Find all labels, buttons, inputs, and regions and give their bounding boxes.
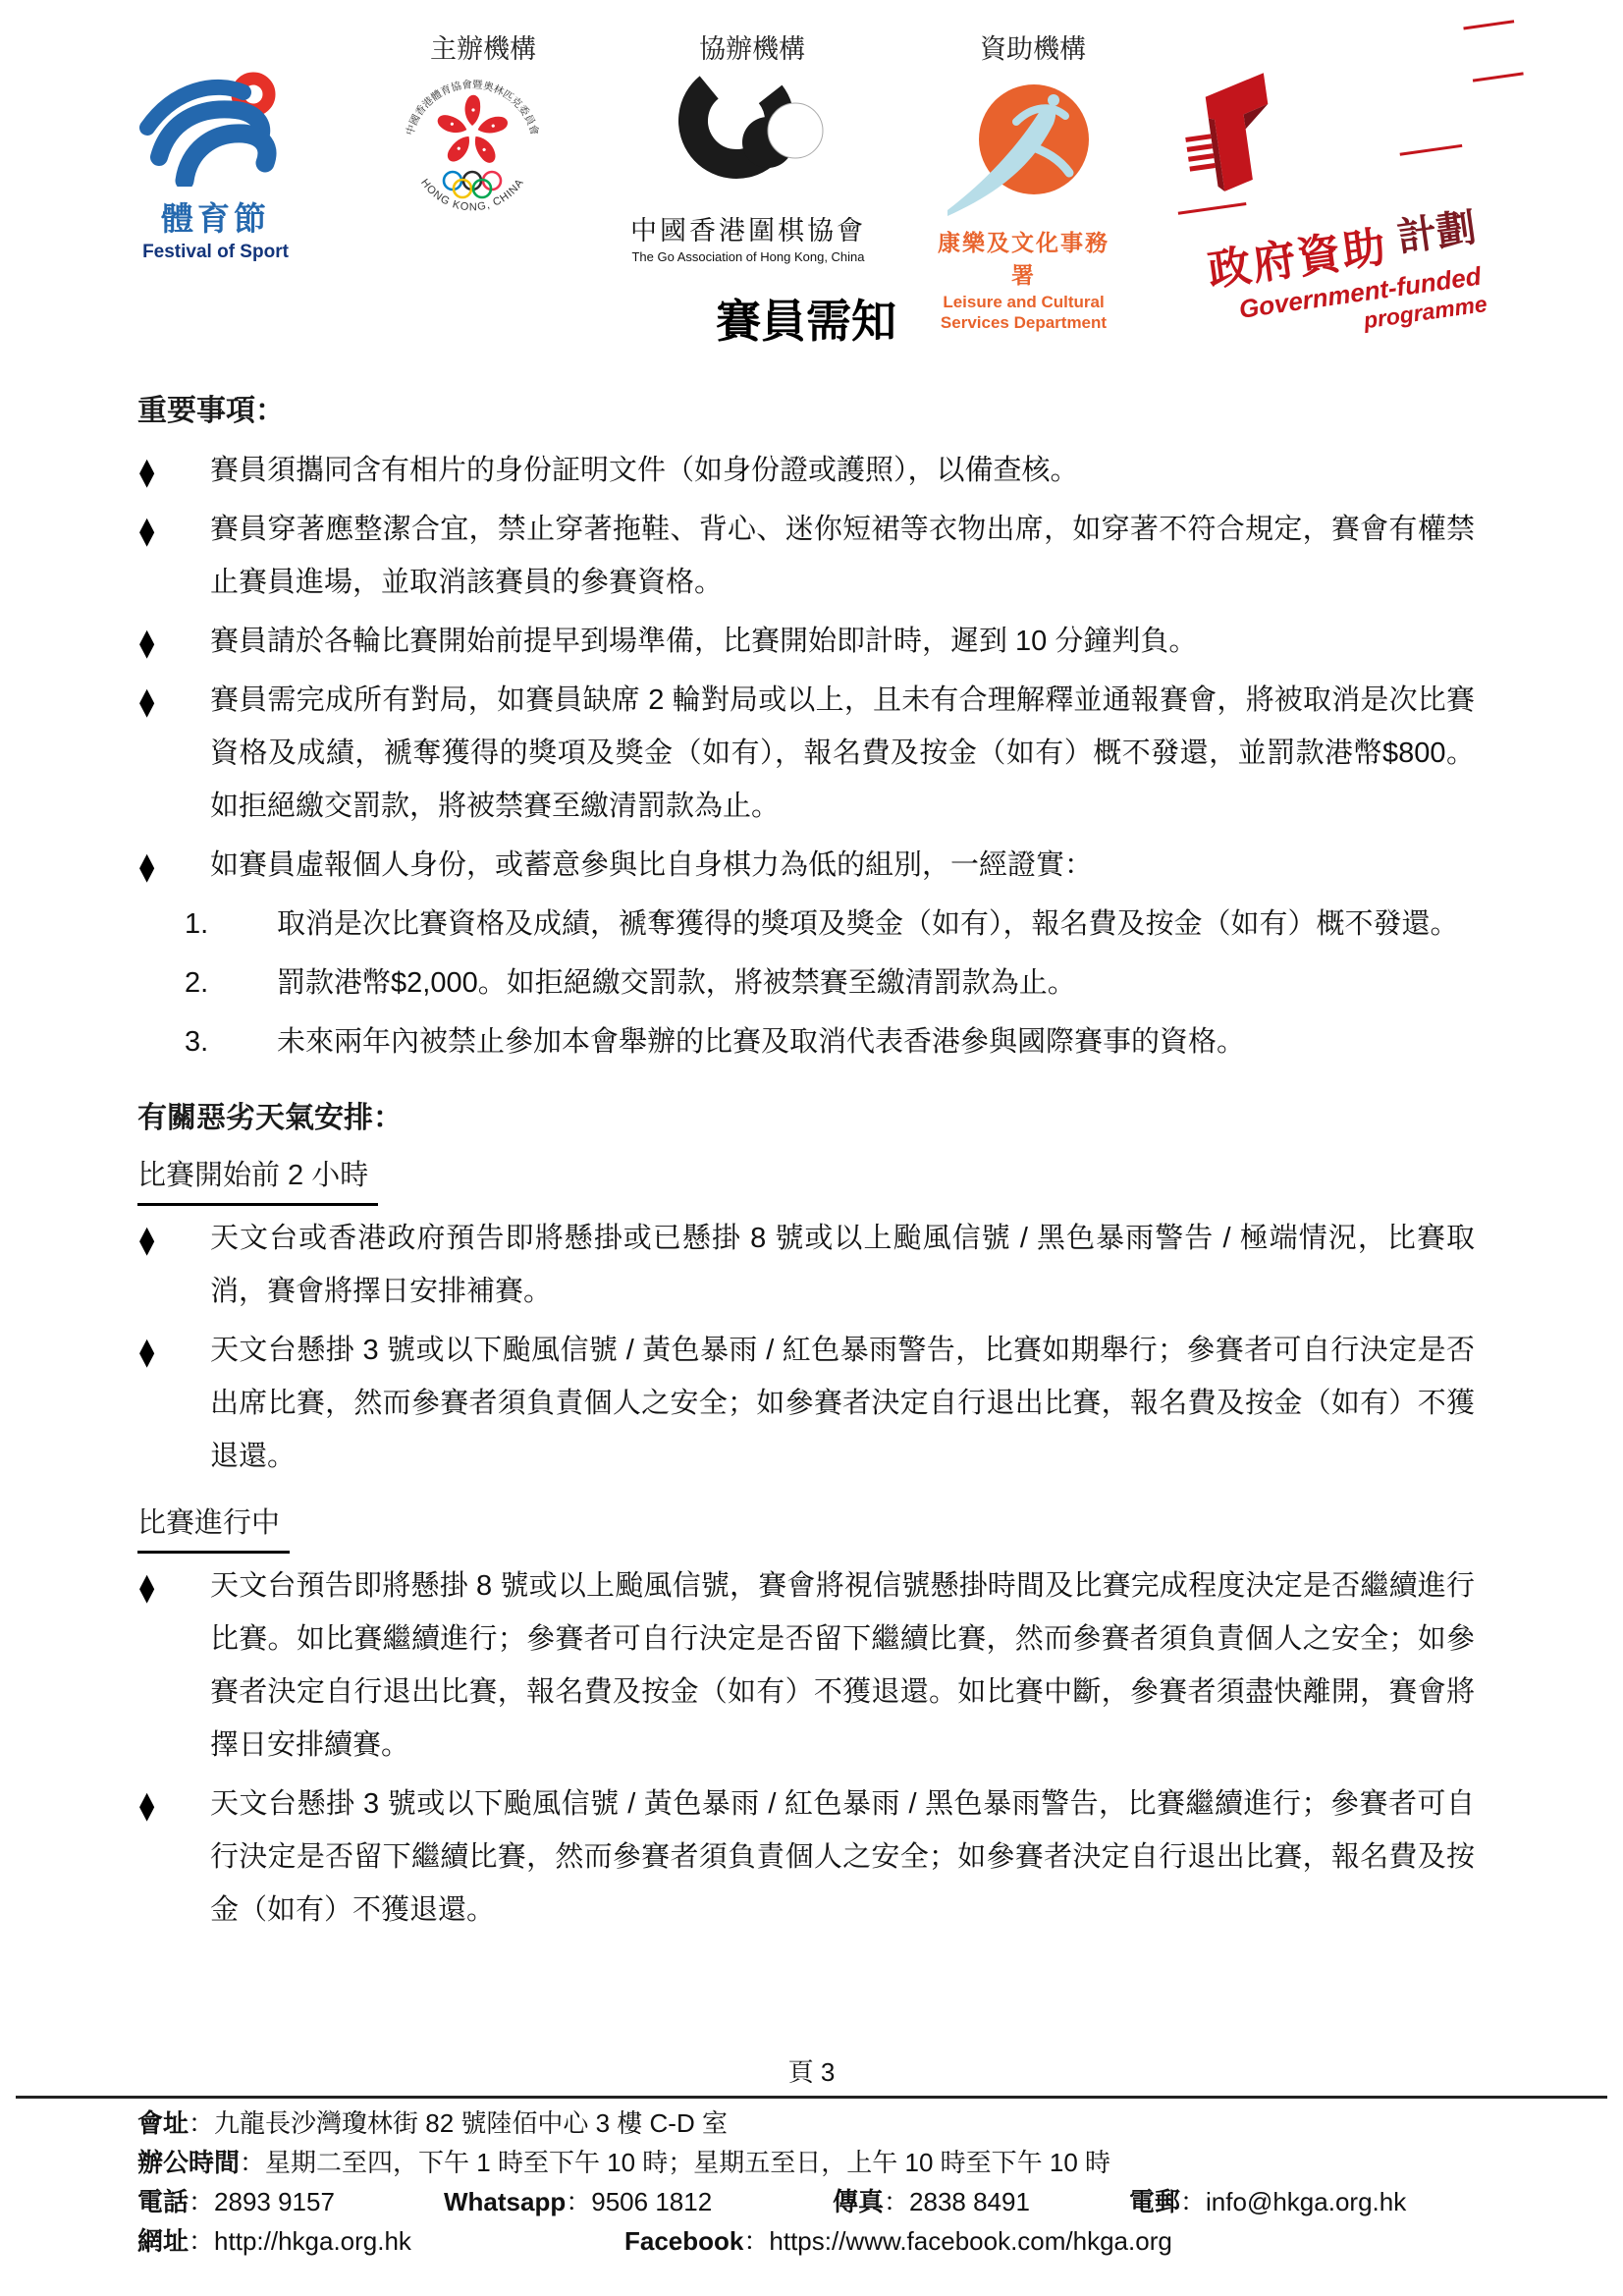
bullet-item: ◆ 賽員須攜同含有相片的身份証明文件（如身份證或護照），以備查核。 xyxy=(137,444,1475,497)
diamond-bullet-icon: ◆ xyxy=(139,498,154,561)
item-number: 1. xyxy=(185,898,208,951)
festival-of-sport-logo: 體育節 Festival of Sport xyxy=(120,71,311,263)
numbered-text: 取消是次比賽資格及成績，褫奪獲得的獎項及獎金（如有），報名費及按金（如有）概不發… xyxy=(277,908,1459,940)
bullet-item: ◆ 賽員穿著應整潔合宜，禁止穿著拖鞋、背心、迷你短裙等衣物出席，如穿著不符合規定… xyxy=(137,503,1475,609)
section-heading-weather: 有關惡劣天氣安排： xyxy=(137,1092,1475,1145)
diamond-bullet-icon: ◆ xyxy=(139,1773,154,1835)
website-value: http://hkga.org.hk xyxy=(214,2226,411,2256)
separator: ： xyxy=(189,2187,214,2216)
separator: ： xyxy=(884,2187,909,2216)
olympic-committee-logo: 中國香港體育協會暨奧林匹克委員會 · HONG KONG, CHINA · xyxy=(385,51,560,248)
deco-line xyxy=(1463,20,1514,29)
diamond-bullet-icon: ◆ xyxy=(139,834,154,897)
gov-funded-logo: 政府資助計劃 Government-funded programme xyxy=(1186,61,1559,247)
whatsapp-label: Whatsapp xyxy=(444,2187,566,2216)
bullet-item: ◆ 如賽員虛報個人身份，或蓄意參與比自身棋力為低的組別，一經證實： xyxy=(137,839,1475,892)
item-number: 3. xyxy=(185,1015,208,1068)
separator: ： xyxy=(566,2187,591,2216)
address-value: 九龍長沙灣瓊林街 82 號陸佰中心 3 樓 C-D 室 xyxy=(214,2108,728,2138)
item-number: 2. xyxy=(185,957,208,1010)
bullet-item: ◆ 天文台預告即將懸掛 8 號或以上颱風信號，賽會將視信號懸掛時間及比賽完成程度… xyxy=(137,1559,1475,1772)
diamond-bullet-icon: ◆ xyxy=(139,1319,154,1382)
bullet-item: ◆ 賽員需完成所有對局，如賽員缺席 2 輪對局或以上，且未有合理解釋並通報賽會，… xyxy=(137,674,1475,833)
page-number: 頁 3 xyxy=(0,2052,1623,2089)
separator: ： xyxy=(189,2226,214,2256)
bullet-text: 賽員請於各輪比賽開始前提早到場準備，比賽開始即計時，遲到 10 分鐘判負。 xyxy=(210,626,1197,657)
footer-links-row: 網址：http://hkga.org.hk Facebook：https://w… xyxy=(137,2221,1486,2261)
olympic-committee-icon: 中國香港體育協會暨奧林匹克委員會 · HONG KONG, CHINA · xyxy=(385,51,560,244)
festival-of-sport-icon xyxy=(137,71,295,187)
go-association-icon xyxy=(660,57,837,200)
address-label: 會址 xyxy=(137,2108,189,2138)
lcsd-icon xyxy=(946,81,1103,218)
email-label: 電郵 xyxy=(1129,2187,1180,2216)
bullet-text: 賽員穿著應整潔合宜，禁止穿著拖鞋、背心、迷你短裙等衣物出席，如穿著不符合規定，賽… xyxy=(210,514,1475,598)
page-title: 賽員需知 xyxy=(137,293,1475,350)
footer-hours-row: 辦公時間：星期二至四，下午 1 時至下午 10 時；星期五至日，上午 10 時至… xyxy=(137,2143,1486,2182)
go-association-cn-label: 中國香港圍棋協會 xyxy=(611,209,886,247)
facebook-pair: Facebook：https://www.facebook.com/hkga.o… xyxy=(624,2221,1172,2261)
footer-address-row: 會址：九龍長沙灣瓊林街 82 號陸佰中心 3 樓 C-D 室 xyxy=(137,2104,1486,2143)
subheading-before-start: 比賽開始前 2 小時 xyxy=(137,1151,1475,1206)
separator: ： xyxy=(189,2108,214,2138)
bullet-item: ◆ 賽員請於各輪比賽開始前提早到場準備，比賽開始即計時，遲到 10 分鐘判負。 xyxy=(137,615,1475,668)
separator: ： xyxy=(240,2148,265,2177)
olympic-arc-bottom-text: · HONG KONG, CHINA · xyxy=(418,138,526,213)
bullet-text: 天文台預告即將懸掛 8 號或以上颱風信號，賽會將視信號懸掛時間及比賽完成程度決定… xyxy=(210,1570,1475,1761)
header-logo-strip: 主辦機構 協辦機構 資助機構 體育節 Festival of Sport xyxy=(0,0,1623,285)
website-pair: 網址：http://hkga.org.hk xyxy=(137,2221,411,2261)
fax-label: 傳真 xyxy=(833,2187,884,2216)
bullet-item: ◆ 天文台懸掛 3 號或以下颱風信號 / 黃色暴雨 / 紅色暴雨 / 黑色暴雨警… xyxy=(137,1777,1475,1937)
separator: ： xyxy=(1180,2187,1206,2216)
fax-value: 2838 8491 xyxy=(909,2187,1030,2216)
section-heading-important: 重要事項： xyxy=(137,385,1475,438)
numbered-text: 罰款港幣$2,000。如拒絕繳交罰款，將被禁賽至繳清罰款為止。 xyxy=(277,967,1076,999)
go-association-en-label: The Go Association of Hong Kong, China xyxy=(611,249,886,264)
bullet-text: 天文台懸掛 3 號或以下颱風信號 / 黃色暴雨 / 紅色暴雨警告，比賽如期舉行；… xyxy=(210,1335,1475,1472)
diamond-bullet-icon: ◆ xyxy=(139,610,154,673)
numbered-item: 1. 取消是次比賽資格及成績，褫奪獲得的獎項及獎金（如有），報名費及按金（如有）… xyxy=(137,898,1475,951)
whatsapp-value: 9506 1812 xyxy=(591,2187,712,2216)
numbered-item: 3. 未來兩年內被禁止參加本會舉辦的比賽及取消代表香港參與國際賽事的資格。 xyxy=(137,1015,1475,1068)
numbered-text: 未來兩年內被禁止參加本會舉辦的比賽及取消代表香港參與國際賽事的資格。 xyxy=(277,1026,1245,1058)
gov-funded-cn-sub: 計劃 xyxy=(1395,206,1479,260)
website-label: 網址 xyxy=(137,2226,189,2256)
bullet-text: 天文台或香港政府預告即將懸掛或已懸掛 8 號或以上颱風信號 / 黑色暴雨警告 /… xyxy=(210,1223,1475,1307)
phone-label: 電話 xyxy=(137,2187,189,2216)
gov-funded-icon xyxy=(1171,52,1289,211)
diamond-bullet-icon: ◆ xyxy=(139,1207,154,1270)
lcsd-cn-label: 康樂及文化事務署 xyxy=(933,225,1114,290)
email-pair: 電郵：info@hkga.org.hk xyxy=(1129,2182,1406,2221)
numbered-item: 2. 罰款港幣$2,000。如拒絕繳交罰款，將被禁賽至繳清罰款為止。 xyxy=(137,957,1475,1010)
footer-divider xyxy=(16,2096,1607,2099)
bullet-item: ◆ 天文台或香港政府預告即將懸掛或已懸掛 8 號或以上颱風信號 / 黑色暴雨警告… xyxy=(137,1212,1475,1318)
fax-pair: 傳真：2838 8491 xyxy=(833,2182,1030,2221)
subheading-in-progress: 比賽進行中 xyxy=(137,1499,1475,1554)
festival-of-sport-cn-label: 體育節 xyxy=(120,193,311,240)
bullet-text: 賽員需完成所有對局，如賽員缺席 2 輪對局或以上，且未有合理解釋並通報賽會，將被… xyxy=(210,684,1475,822)
email-value: info@hkga.org.hk xyxy=(1206,2187,1406,2216)
festival-of-sport-en-label: Festival of Sport xyxy=(120,242,311,263)
phone-pair: 電話：2893 9157 xyxy=(137,2182,335,2221)
go-association-logo: 中國香港圍棋協會 The Go Association of Hong Kong… xyxy=(611,57,886,264)
hours-value: 星期二至四，下午 1 時至下午 10 時；星期五至日，上午 10 時至下午 10… xyxy=(265,2148,1110,2177)
document-page: 主辦機構 協辦機構 資助機構 體育節 Festival of Sport xyxy=(0,0,1623,2296)
diamond-bullet-icon: ◆ xyxy=(139,669,154,732)
whatsapp-pair: Whatsapp：9506 1812 xyxy=(444,2182,712,2221)
phone-value: 2893 9157 xyxy=(214,2187,335,2216)
facebook-value: https://www.facebook.com/hkga.org xyxy=(769,2226,1171,2256)
document-body: 賽員需知 重要事項： ◆ 賽員須攜同含有相片的身份証明文件（如身份證或護照），以… xyxy=(137,293,1475,1942)
diamond-bullet-icon: ◆ xyxy=(139,1555,154,1617)
footer: 會址：九龍長沙灣瓊林街 82 號陸佰中心 3 樓 C-D 室 辦公時間：星期二至… xyxy=(137,2104,1486,2261)
bullet-text: 賽員須攜同含有相片的身份証明文件（如身份證或護照），以備查核。 xyxy=(210,455,1079,486)
bullet-text: 如賽員虛報個人身份，或蓄意參與比自身棋力為低的組別，一經證實： xyxy=(210,849,1093,881)
footer-contacts-row: 電話：2893 9157 Whatsapp：9506 1812 傳真：2838 … xyxy=(137,2182,1486,2221)
deco-line xyxy=(1400,144,1463,156)
bullet-item: ◆ 天文台懸掛 3 號或以下颱風信號 / 黃色暴雨 / 紅色暴雨警告，比賽如期舉… xyxy=(137,1324,1475,1483)
bullet-text: 天文台懸掛 3 號或以下颱風信號 / 黃色暴雨 / 紅色暴雨 / 黑色暴雨警告，… xyxy=(210,1788,1475,1926)
org-label-funder: 資助機構 xyxy=(980,27,1086,66)
separator: ： xyxy=(743,2226,769,2256)
facebook-label: Facebook xyxy=(624,2226,743,2256)
deco-line xyxy=(1473,72,1524,82)
hours-label: 辦公時間 xyxy=(137,2148,240,2177)
diamond-bullet-icon: ◆ xyxy=(139,439,154,502)
